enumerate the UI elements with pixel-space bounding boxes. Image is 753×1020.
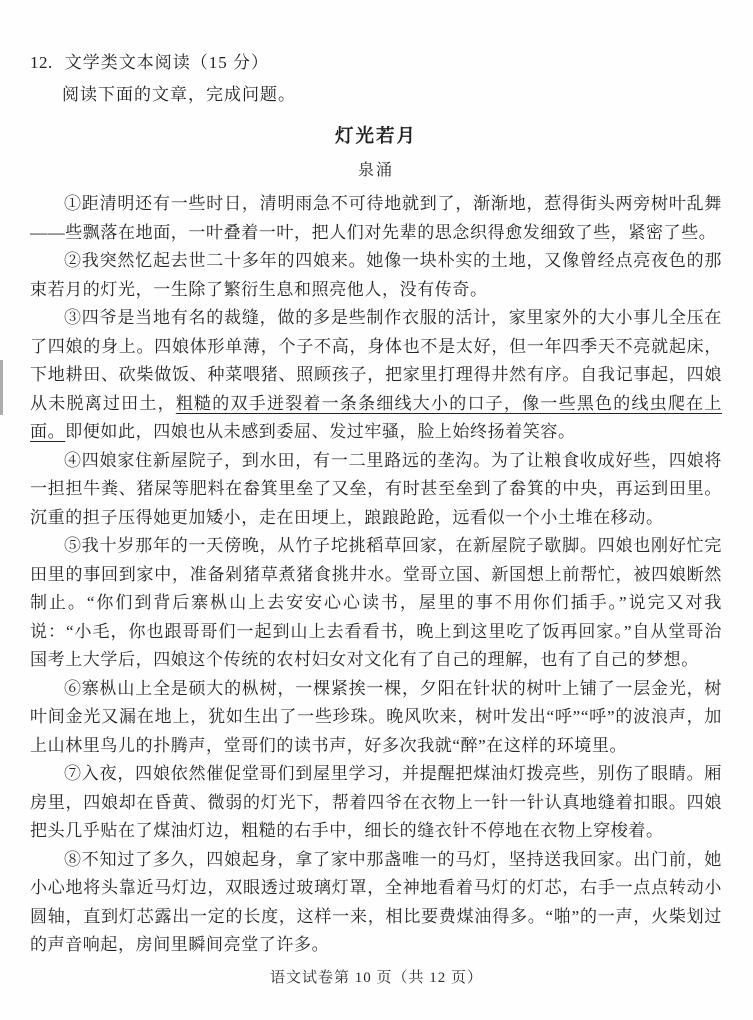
question-title: 文学类文本阅读（15 分）	[65, 50, 269, 76]
article-author: 泉涌	[30, 157, 722, 180]
article-paragraph-6: ⑥寨枞山上全是硕大的枞树，一棵紧挨一棵，夕阳在针状的树叶上铺了一层金光，树叶间金…	[30, 675, 722, 761]
page-content: 12. 文学类文本阅读（15 分） 阅读下面的文章，完成问题。 灯光若月 泉涌 …	[30, 50, 722, 960]
article-paragraph-5: ⑤我十岁那年的一天傍晚，从竹子坨挑稻草回家，在新屋院子歇脚。四娘也刚好忙完田里的…	[30, 532, 722, 675]
article-paragraph-1: ①距清明还有一些时日，清明雨急不可待地就到了，渐渐地，惹得街头两旁树叶乱舞——些…	[30, 190, 722, 247]
scan-edge-artifact	[0, 360, 3, 415]
question-header: 12. 文学类文本阅读（15 分）	[30, 50, 722, 76]
article-paragraph-3: ③四爷是当地有名的裁缝，做的多是些制作衣服的活计，家里家外的大小事儿全压在了四娘…	[30, 304, 722, 447]
article-paragraph-8: ⑧不知过了多久，四娘起身，拿了家中那盏唯一的马灯，坚持送我回家。出门前，她小心地…	[30, 846, 722, 960]
article-title: 灯光若月	[30, 122, 722, 148]
question-instruction: 阅读下面的文章，完成问题。	[30, 82, 722, 108]
page-footer: 语文试卷第 10 页（共 12 页）	[0, 966, 753, 987]
article-paragraph-7: ⑦入夜，四娘依然催促堂哥们到屋里学习，并提醒把煤油灯拨亮些，别伤了眼睛。厢房里，…	[30, 760, 722, 846]
article-paragraph-4: ④四娘家住新屋院子，到水田，有一二里路远的垄沟。为了让粮食收成好些，四娘将一担担…	[30, 447, 722, 533]
exam-paper-page: 12. 文学类文本阅读（15 分） 阅读下面的文章，完成问题。 灯光若月 泉涌 …	[0, 0, 753, 1020]
article-body: ①距清明还有一些时日，清明雨急不可待地就到了，渐渐地，惹得街头两旁树叶乱舞——些…	[30, 190, 722, 960]
paragraph-text-post: 即便如此，四娘也从未感到委屈、发过牢骚，脸上始终扬着笑容。	[65, 422, 575, 441]
question-number: 12.	[30, 50, 53, 76]
article-paragraph-2: ②我突然忆起去世二十多年的四娘来。她像一块朴实的土地，又像曾经点亮夜色的那束若月…	[30, 247, 722, 304]
